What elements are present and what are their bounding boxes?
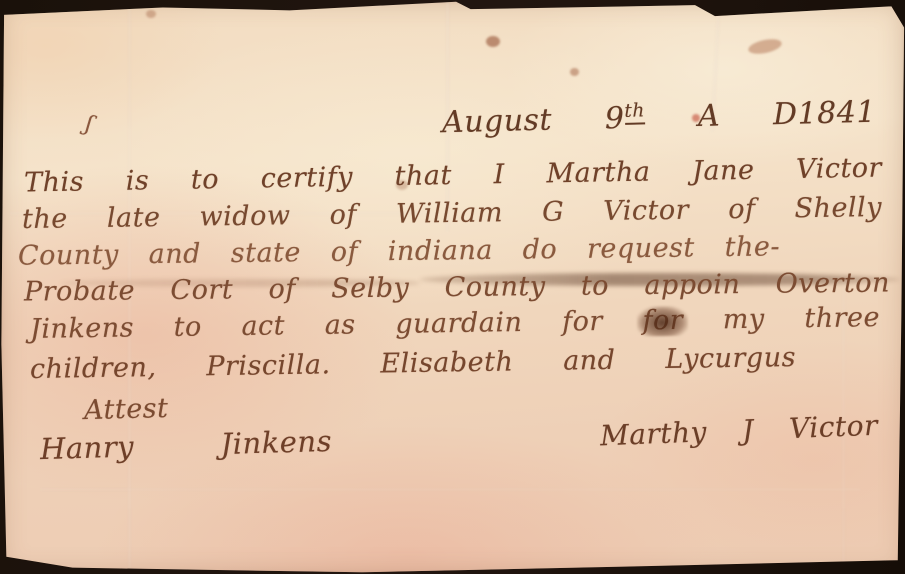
body-line: the late widow of William G Victor of Sh…	[22, 192, 882, 235]
scanned-document: August 9th A D1841 ʃ This is to certify …	[0, 0, 905, 574]
paper-sheet: August 9th A D1841 ʃ This is to certify …	[0, 0, 905, 574]
stain	[146, 10, 156, 18]
body-line: Probate Cort of Selby County to appoin O…	[24, 267, 890, 307]
date-line: August 9th A D1841	[442, 95, 877, 141]
body-line: children, Priscilla. Elisabeth and Lycur…	[30, 342, 796, 385]
blotted-word: for	[642, 305, 683, 337]
body-line: County and state of indiana do request t…	[18, 231, 780, 271]
date-ordinal: th	[624, 100, 645, 124]
body-line: Jinkens to act as guardain for for my th…	[30, 302, 880, 345]
attest-label: Attest	[84, 393, 169, 426]
horizontal-crease	[40, 488, 860, 491]
stray-ink-mark: ʃ	[83, 112, 95, 138]
body-line-segment: Jinkens to act as guardain for	[30, 306, 603, 345]
stain	[747, 37, 783, 57]
body-line: This is to certify that I Martha Jane Vi…	[24, 153, 882, 199]
stain	[486, 36, 500, 47]
date-era-a: A	[697, 99, 720, 135]
body-line-segment: my three	[723, 302, 881, 335]
date-month-day: August 9	[442, 101, 625, 140]
witness-signature: Hanry Jinkens	[40, 424, 333, 466]
principal-signature: Marthy J Victor	[599, 409, 878, 453]
stain	[570, 68, 579, 76]
date-era-year: D1841	[773, 95, 877, 133]
